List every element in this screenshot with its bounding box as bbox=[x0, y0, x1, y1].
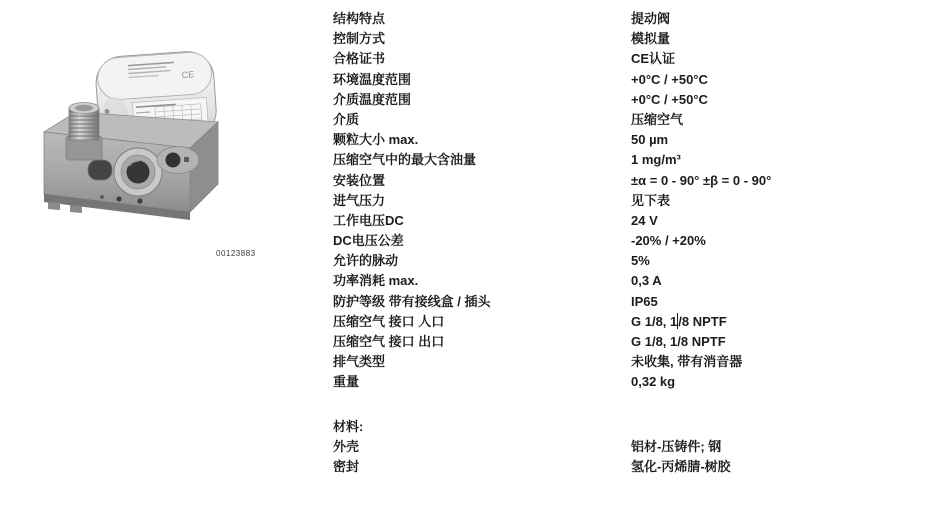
spec-value: 提动阀 bbox=[631, 9, 771, 29]
spec-label: 结构特点 bbox=[333, 9, 631, 29]
spec-row: 合格证书CE认证 bbox=[333, 49, 771, 69]
spec-label: 防护等级 带有接线盒 / 插头 bbox=[333, 292, 631, 312]
product-photo: CE bbox=[42, 50, 242, 230]
spec-label: 介质温度范围 bbox=[333, 90, 631, 110]
spec-row: 压缩空气中的最大含油量1 mg/m³ bbox=[333, 150, 771, 170]
spec-row: 压缩空气 接口 人口G 1/8, 1/8 NPTF bbox=[333, 312, 771, 332]
spec-label: 密封 bbox=[333, 457, 631, 477]
spec-value: 24 V bbox=[631, 211, 771, 231]
spec-label: 安装位置 bbox=[333, 171, 631, 191]
materials-table: 外壳铝材-压铸件; 钢密封氢化-丙烯腈-树胶 bbox=[333, 437, 731, 477]
spec-value: 模拟量 bbox=[631, 29, 771, 49]
spec-row: 功率消耗 max.0,3 A bbox=[333, 271, 771, 291]
right-port-boss bbox=[157, 147, 199, 174]
spec-row: 颗粒大小 max.50 µm bbox=[333, 130, 771, 150]
left-port-hole bbox=[88, 160, 112, 180]
spec-label: 合格证书 bbox=[333, 49, 631, 69]
spec-value: G 1/8, 1/8 NPTF bbox=[631, 332, 771, 352]
spec-row: 密封氢化-丙烯腈-树胶 bbox=[333, 457, 731, 477]
spec-value: 0,3 A bbox=[631, 271, 771, 291]
spec-value: G 1/8, 1/8 NPTF bbox=[631, 312, 771, 332]
spec-row: DC电压公差-20% / +20% bbox=[333, 231, 771, 251]
spec-row: 压缩空气 接口 出口G 1/8, 1/8 NPTF bbox=[333, 332, 771, 352]
spec-value: ±α = 0 - 90° ±β = 0 - 90° bbox=[631, 171, 771, 191]
spec-value: 未收集, 带有消音器 bbox=[631, 352, 771, 372]
spec-label: 颗粒大小 max. bbox=[333, 130, 631, 150]
spec-value: 见下表 bbox=[631, 191, 771, 211]
spec-label: 功率消耗 max. bbox=[333, 271, 631, 291]
spec-row: 排气类型未收集, 带有消音器 bbox=[333, 352, 771, 372]
spec-row: 允许的脉动5% bbox=[333, 251, 771, 271]
spec-label: 工作电压DC bbox=[333, 211, 631, 231]
spec-row: 外壳铝材-压铸件; 钢 bbox=[333, 437, 731, 457]
spec-row: 安装位置±α = 0 - 90° ±β = 0 - 90° bbox=[333, 171, 771, 191]
spec-label: 压缩空气 接口 出口 bbox=[333, 332, 631, 352]
spec-value: 压缩空气 bbox=[631, 110, 771, 130]
svg-text:CE: CE bbox=[181, 69, 194, 80]
spec-row: 结构特点提动阀 bbox=[333, 9, 771, 29]
datasheet-page: CE bbox=[0, 0, 938, 512]
center-port bbox=[114, 148, 162, 196]
text-caret bbox=[677, 313, 678, 329]
spec-value: 1 mg/m³ bbox=[631, 150, 771, 170]
spec-row: 介质压缩空气 bbox=[333, 110, 771, 130]
spec-value: 氢化-丙烯腈-树胶 bbox=[631, 457, 731, 477]
materials-heading-row: 材料: bbox=[333, 417, 731, 437]
spec-label: 排气类型 bbox=[333, 352, 631, 372]
spec-table: 结构特点提动阀控制方式模拟量合格证书CE认证环境温度范围+0°C / +50°C… bbox=[333, 9, 771, 393]
materials-heading: 材料: bbox=[333, 417, 631, 437]
spec-label: 重量 bbox=[333, 372, 631, 392]
valve-photo-illustration: CE bbox=[42, 50, 242, 230]
photo-id-caption: 00123883 bbox=[216, 249, 256, 258]
spec-row: 控制方式模拟量 bbox=[333, 29, 771, 49]
spec-label: 环境温度范围 bbox=[333, 70, 631, 90]
spec-label: 压缩空气 接口 人口 bbox=[333, 312, 631, 332]
spec-value: 50 µm bbox=[631, 130, 771, 150]
spec-value: 铝材-压铸件; 钢 bbox=[631, 437, 731, 457]
spec-label: 允许的脉动 bbox=[333, 251, 631, 271]
spec-label: DC电压公差 bbox=[333, 231, 631, 251]
spec-value: CE认证 bbox=[631, 49, 771, 69]
electrical-connector bbox=[66, 103, 102, 161]
spec-value: -20% / +20% bbox=[631, 231, 771, 251]
spec-row: 介质温度范围+0°C / +50°C bbox=[333, 90, 771, 110]
spec-label: 介质 bbox=[333, 110, 631, 130]
spec-row: 防护等级 带有接线盒 / 插头IP65 bbox=[333, 292, 771, 312]
spec-row: 重量0,32 kg bbox=[333, 372, 771, 392]
spec-value: IP65 bbox=[631, 292, 771, 312]
spec-label: 控制方式 bbox=[333, 29, 631, 49]
spec-value: +0°C / +50°C bbox=[631, 70, 771, 90]
spec-label: 压缩空气中的最大含油量 bbox=[333, 150, 631, 170]
spec-row: 进气压力见下表 bbox=[333, 191, 771, 211]
spec-row: 工作电压DC24 V bbox=[333, 211, 771, 231]
spec-value: 0,32 kg bbox=[631, 372, 771, 392]
materials-section: 材料: 外壳铝材-压铸件; 钢密封氢化-丙烯腈-树胶 bbox=[333, 417, 731, 478]
spec-label: 进气压力 bbox=[333, 191, 631, 211]
spec-value: 5% bbox=[631, 251, 771, 271]
spec-row: 环境温度范围+0°C / +50°C bbox=[333, 70, 771, 90]
spec-value: +0°C / +50°C bbox=[631, 90, 771, 110]
spec-label: 外壳 bbox=[333, 437, 631, 457]
